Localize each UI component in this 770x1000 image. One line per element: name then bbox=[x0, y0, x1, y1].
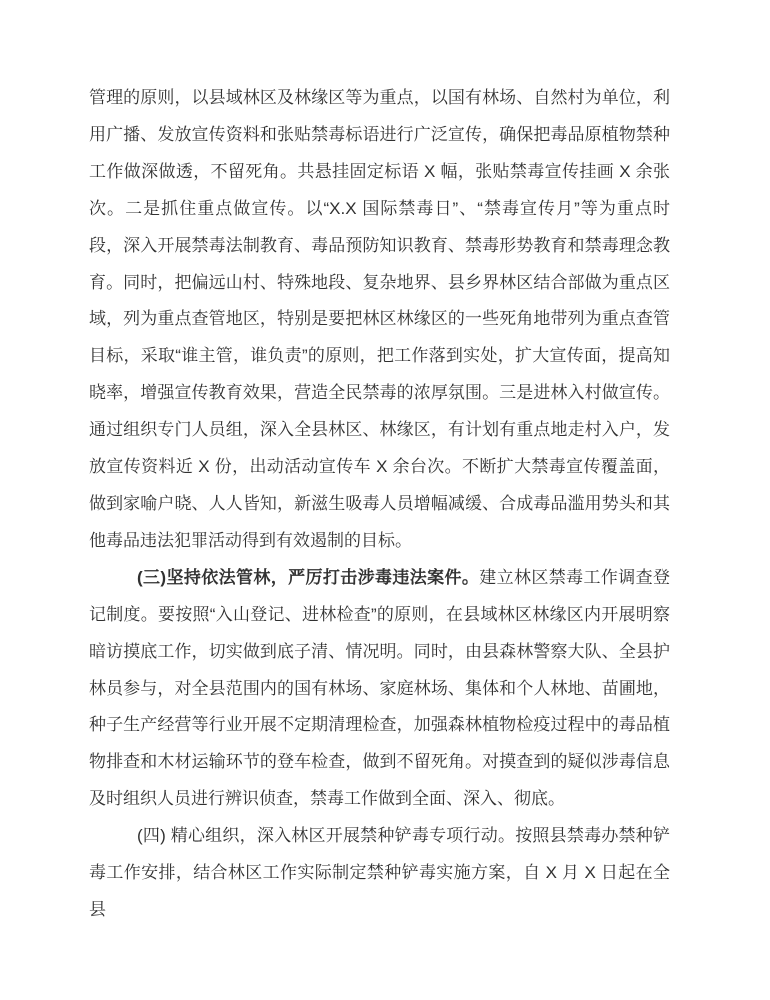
paragraph: 管理的原则，以县域林区及林缘区等为重点，以国有林场、自然村为单位，利用广播、发放… bbox=[89, 80, 670, 560]
document-page: 管理的原则，以县域林区及林缘区等为重点，以国有林场、自然村为单位，利用广播、发放… bbox=[0, 0, 770, 1000]
body-text: 管理的原则，以县域林区及林缘区等为重点，以国有林场、自然村为单位，利用广播、发放… bbox=[89, 88, 670, 550]
section-heading-4: (四) 精心组织，深入林区开展禁种铲毒专项行动。按照县禁毒办禁种铲毒工作安排，结… bbox=[89, 826, 670, 919]
paragraph: (四) 精心组织，深入林区开展禁种铲毒专项行动。按照县禁毒办禁种铲毒工作安排，结… bbox=[89, 818, 670, 929]
paragraph: (三)坚持依法管林，严厉打击涉毒违法案件。建立林区禁毒工作调查登记制度。要按照“… bbox=[89, 560, 670, 818]
document-body: 管理的原则，以县域林区及林缘区等为重点，以国有林场、自然村为单位，利用广播、发放… bbox=[89, 80, 670, 929]
section-heading-3: (三)坚持依法管林，严厉打击涉毒违法案件。 bbox=[137, 568, 479, 587]
body-text: 建立林区禁毒工作调查登记制度。要按照“入山登记、进林检查”的原则，在县域林区林缘… bbox=[89, 568, 670, 808]
